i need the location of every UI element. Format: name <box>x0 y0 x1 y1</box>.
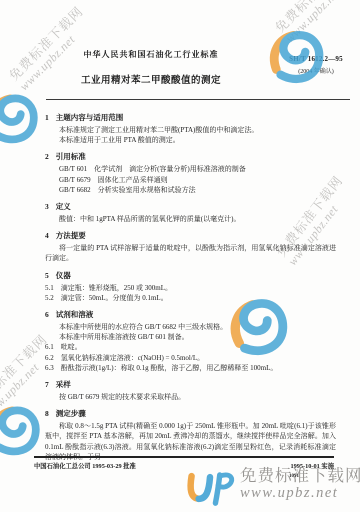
page-number: 1091 <box>289 474 299 479</box>
section-heading-6: 6试剂和溶液 <box>45 310 336 319</box>
document-header: 中华人民共和国石油化工行业标准 工业用精对苯二甲酸酸值的测定 <box>0 50 302 86</box>
section-title: 试剂和溶液 <box>56 310 94 319</box>
watermark-site-text: 免费标准下载网 <box>272 0 352 36</box>
up-logo-icon <box>184 466 236 510</box>
page-title: 工业用精对苯二甲酸酸值的测定 <box>0 72 302 86</box>
section-title: 定义 <box>56 202 71 211</box>
section-heading-3: 3定义 <box>45 202 336 211</box>
subclause: 6.1 吡啶。 <box>45 342 336 352</box>
section-heading-4: 4方法提要 <box>45 231 336 240</box>
section-heading-7: 7采样 <box>45 380 336 389</box>
watermark-url-text: www.upbz.net <box>240 485 360 501</box>
section-heading-1: 1主题内容与适用范围 <box>45 113 336 122</box>
section-heading-5: 5仪器 <box>45 271 336 280</box>
section-title: 测定步骤 <box>56 409 86 418</box>
watermark-url-text: www.upbz.net <box>283 0 360 45</box>
implementation-date: 1995-10-01 实施 <box>290 461 334 470</box>
section-number: 2 <box>45 152 49 161</box>
subclause: 5.1 滴定瓶：锥形烧瓶，250 或 300mL。 <box>45 283 336 293</box>
paragraph: 将一定量的 PTA 试样溶解于适量的吡啶中，以酚酞为指示剂，用氢氧化钠标准滴定溶… <box>45 243 336 263</box>
section-number: 3 <box>45 202 49 211</box>
standard-number-box: SH/T 1612.2—95 (2004 年确认) <box>276 55 356 75</box>
paragraph: 酸值：中和 1gPTA 样品所需的氢氧化钾的质量(以毫克计)。 <box>45 214 336 224</box>
section-number: 6 <box>45 310 49 319</box>
upbz-logo-icon <box>0 400 44 458</box>
section-title: 主题内容与适用范围 <box>56 113 124 122</box>
paragraph: 本标准中所使用的水应符合 GB/T 6682 中三级水规格。 <box>45 322 336 332</box>
section-title: 仪器 <box>56 271 71 280</box>
standard-number: SH/T 1612.2—95 <box>276 55 356 63</box>
watermark-bottom-right: 免费标准下载网 www.upbz.net <box>184 466 360 510</box>
confirmation-note: (2004 年确认) <box>276 66 356 75</box>
section-title: 方法提要 <box>56 231 86 240</box>
header-rule <box>46 99 350 100</box>
section-number: 7 <box>45 380 49 389</box>
subclause: 6.3 酚酞指示液(1g/L)：称取 0.1g 酚酞，溶于乙醇，用乙醇稀释至 1… <box>45 363 336 373</box>
section-title: 引用标准 <box>56 152 86 161</box>
reference-item: GB/T 6679 固体化工产品采样通则 <box>45 175 336 185</box>
watermark-top-right: 免费标准下载网 www.upbz.net <box>272 0 360 45</box>
paragraph: 本标准规定了测定工业用精对苯二甲酸(PTA)酸值的中和滴定法。 <box>45 125 336 135</box>
standard-org-line: 中华人民共和国石油化工行业标准 <box>0 50 302 60</box>
section-number: 1 <box>45 113 49 122</box>
document-body: 1主题内容与适用范围 本标准规定了测定工业用精对苯二甲酸(PTA)酸值的中和滴定… <box>45 113 336 462</box>
paragraph: 按 GB/T 6679 规定的技术要求采取样品。 <box>45 392 336 402</box>
watermark-big-text: 免费标准下载网 www.upbz.net <box>240 466 360 501</box>
document-page: 中华人民共和国石油化工行业标准 工业用精对苯二甲酸酸值的测定 SH/T 1612… <box>0 0 360 512</box>
approval-line: 中国石油化工总公司 1995-03-29 批准 <box>34 461 136 470</box>
paragraph: 本标准中所用标准溶液按 GB/T 601 制备。 <box>45 332 336 342</box>
section-number: 5 <box>45 271 49 280</box>
reference-item: GB/T 601 化学试剂 滴定分析(容量分析)用标准溶液的制备 <box>45 164 336 174</box>
section-number: 8 <box>45 409 49 418</box>
paragraph: 本标准适用于工业用 PTA 酸值的测定。 <box>45 135 336 145</box>
section-number: 4 <box>45 231 49 240</box>
section-heading-8: 8测定步骤 <box>45 409 336 418</box>
footer-rule <box>34 456 334 458</box>
subclause: 6.2 氢氧化钠标准滴定溶液：c(NaOH) = 0.5mol/L。 <box>45 353 336 363</box>
section-heading-2: 2引用标准 <box>45 152 336 161</box>
reference-item: GB/T 6682 分析实验室用水规格和试验方法 <box>45 185 336 195</box>
upbz-logo-icon <box>0 88 42 146</box>
section-title: 采样 <box>56 380 71 389</box>
watermark-site-text: 免费标准下载网 <box>0 332 50 412</box>
subclause: 5.2 滴定管：50mL。分度值为 0.1mL。 <box>45 293 336 303</box>
